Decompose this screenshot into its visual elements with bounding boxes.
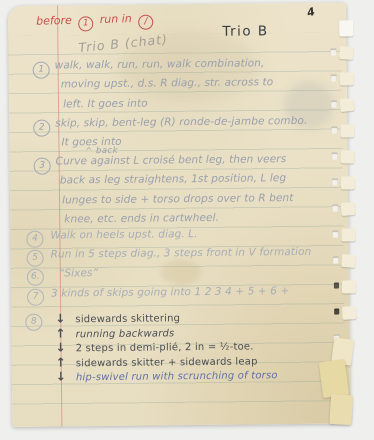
perforation-hole <box>333 257 339 264</box>
torn-perforation-tab <box>341 228 355 241</box>
torn-perforation-tab <box>339 46 354 60</box>
down-arrow-icon: ↓ <box>56 369 71 383</box>
page-title: Trio B <box>222 23 269 39</box>
arrow-entry: ↓ hip-swivel run with scrunching of tors… <box>56 363 278 384</box>
perforation-hole <box>332 153 338 160</box>
item-line: walk, walk, run, run, walk combination, <box>55 57 274 79</box>
perforation-hole <box>330 49 336 56</box>
torn-perforation-tab <box>341 176 355 189</box>
corner-scribble-mark: 4 <box>306 5 317 20</box>
torn-perforation-tab <box>339 20 353 36</box>
scanned-notebook-page: before 1 run in / Trio B (chat) Trio B 4… <box>0 0 374 440</box>
torn-perforation-tab <box>342 306 357 320</box>
item-line: back as leg straightens, 1st position, L… <box>56 172 294 194</box>
perforation-hole <box>331 101 337 108</box>
circled-number: 2 <box>33 120 50 137</box>
torn-perforation-tab <box>340 124 354 137</box>
torn-perforation-tab <box>340 150 355 164</box>
perforation-hole <box>334 283 339 289</box>
torn-perforation-tab <box>341 254 356 268</box>
torn-perforation-tab <box>340 72 354 85</box>
subtitle-pencil: Trio B (chat) <box>78 31 169 55</box>
arrow-list: 8 ↓ sidewards skittering ↑ running backw… <box>11 305 340 386</box>
perforation-hole <box>331 127 337 134</box>
torn-perforation-tab <box>339 98 354 112</box>
circled-number: 1 <box>33 62 50 79</box>
item-line: left. It goes into <box>55 96 274 118</box>
circled-number: 3 <box>34 158 51 175</box>
item-line: lunges to side + torso drops over to R b… <box>56 192 294 214</box>
circled-number: 5 <box>27 250 44 267</box>
red-annotation-middle: run in <box>100 12 132 26</box>
red-annotation: before 1 run in / <box>36 11 157 32</box>
circled-number: 8 <box>25 314 42 331</box>
item-line: moving upst., d.s. R diag., str. across … <box>55 77 274 99</box>
torn-perforation-tab <box>341 202 356 216</box>
red-circled-number: 1 <box>78 16 93 31</box>
tape-remnant <box>319 359 350 398</box>
item-line: Walk on heels upst. diag. L. <box>50 228 197 249</box>
arrow-entry-text: hip-swivel run with scrunching of torso <box>76 370 278 383</box>
circled-number: 7 <box>27 289 44 306</box>
item-line: Run in 5 steps diag., 3 steps front in V… <box>51 246 312 268</box>
perforation-hole <box>332 205 338 212</box>
perforation-hole <box>331 75 337 82</box>
item-line: 3 kinds of skips going into 1 2 3 4 + 5 … <box>51 285 290 307</box>
perforation-hole <box>332 231 338 238</box>
red-annotation-prefix: before <box>36 14 72 28</box>
circled-number: 6. <box>27 269 44 286</box>
item-line: Curve against L croisé bent leg, then ve… <box>56 153 294 175</box>
red-circled-mark: / <box>138 14 153 29</box>
item-line: skip, skip, bent-leg (R) ronde-de-jambe … <box>55 115 307 137</box>
torn-perforation-tab <box>342 280 356 293</box>
insert-caret: ^ <box>85 146 92 155</box>
perforation-hole <box>334 309 339 315</box>
item-line: “Sixes” <box>59 267 99 287</box>
inserted-word: ^ back <box>85 146 118 156</box>
paper-sheet: before 1 run in / Trio B (chat) Trio B 4… <box>8 2 350 427</box>
perforation-hole <box>332 179 338 186</box>
circled-number: 4 <box>26 231 43 248</box>
tape-remnant <box>329 394 353 425</box>
